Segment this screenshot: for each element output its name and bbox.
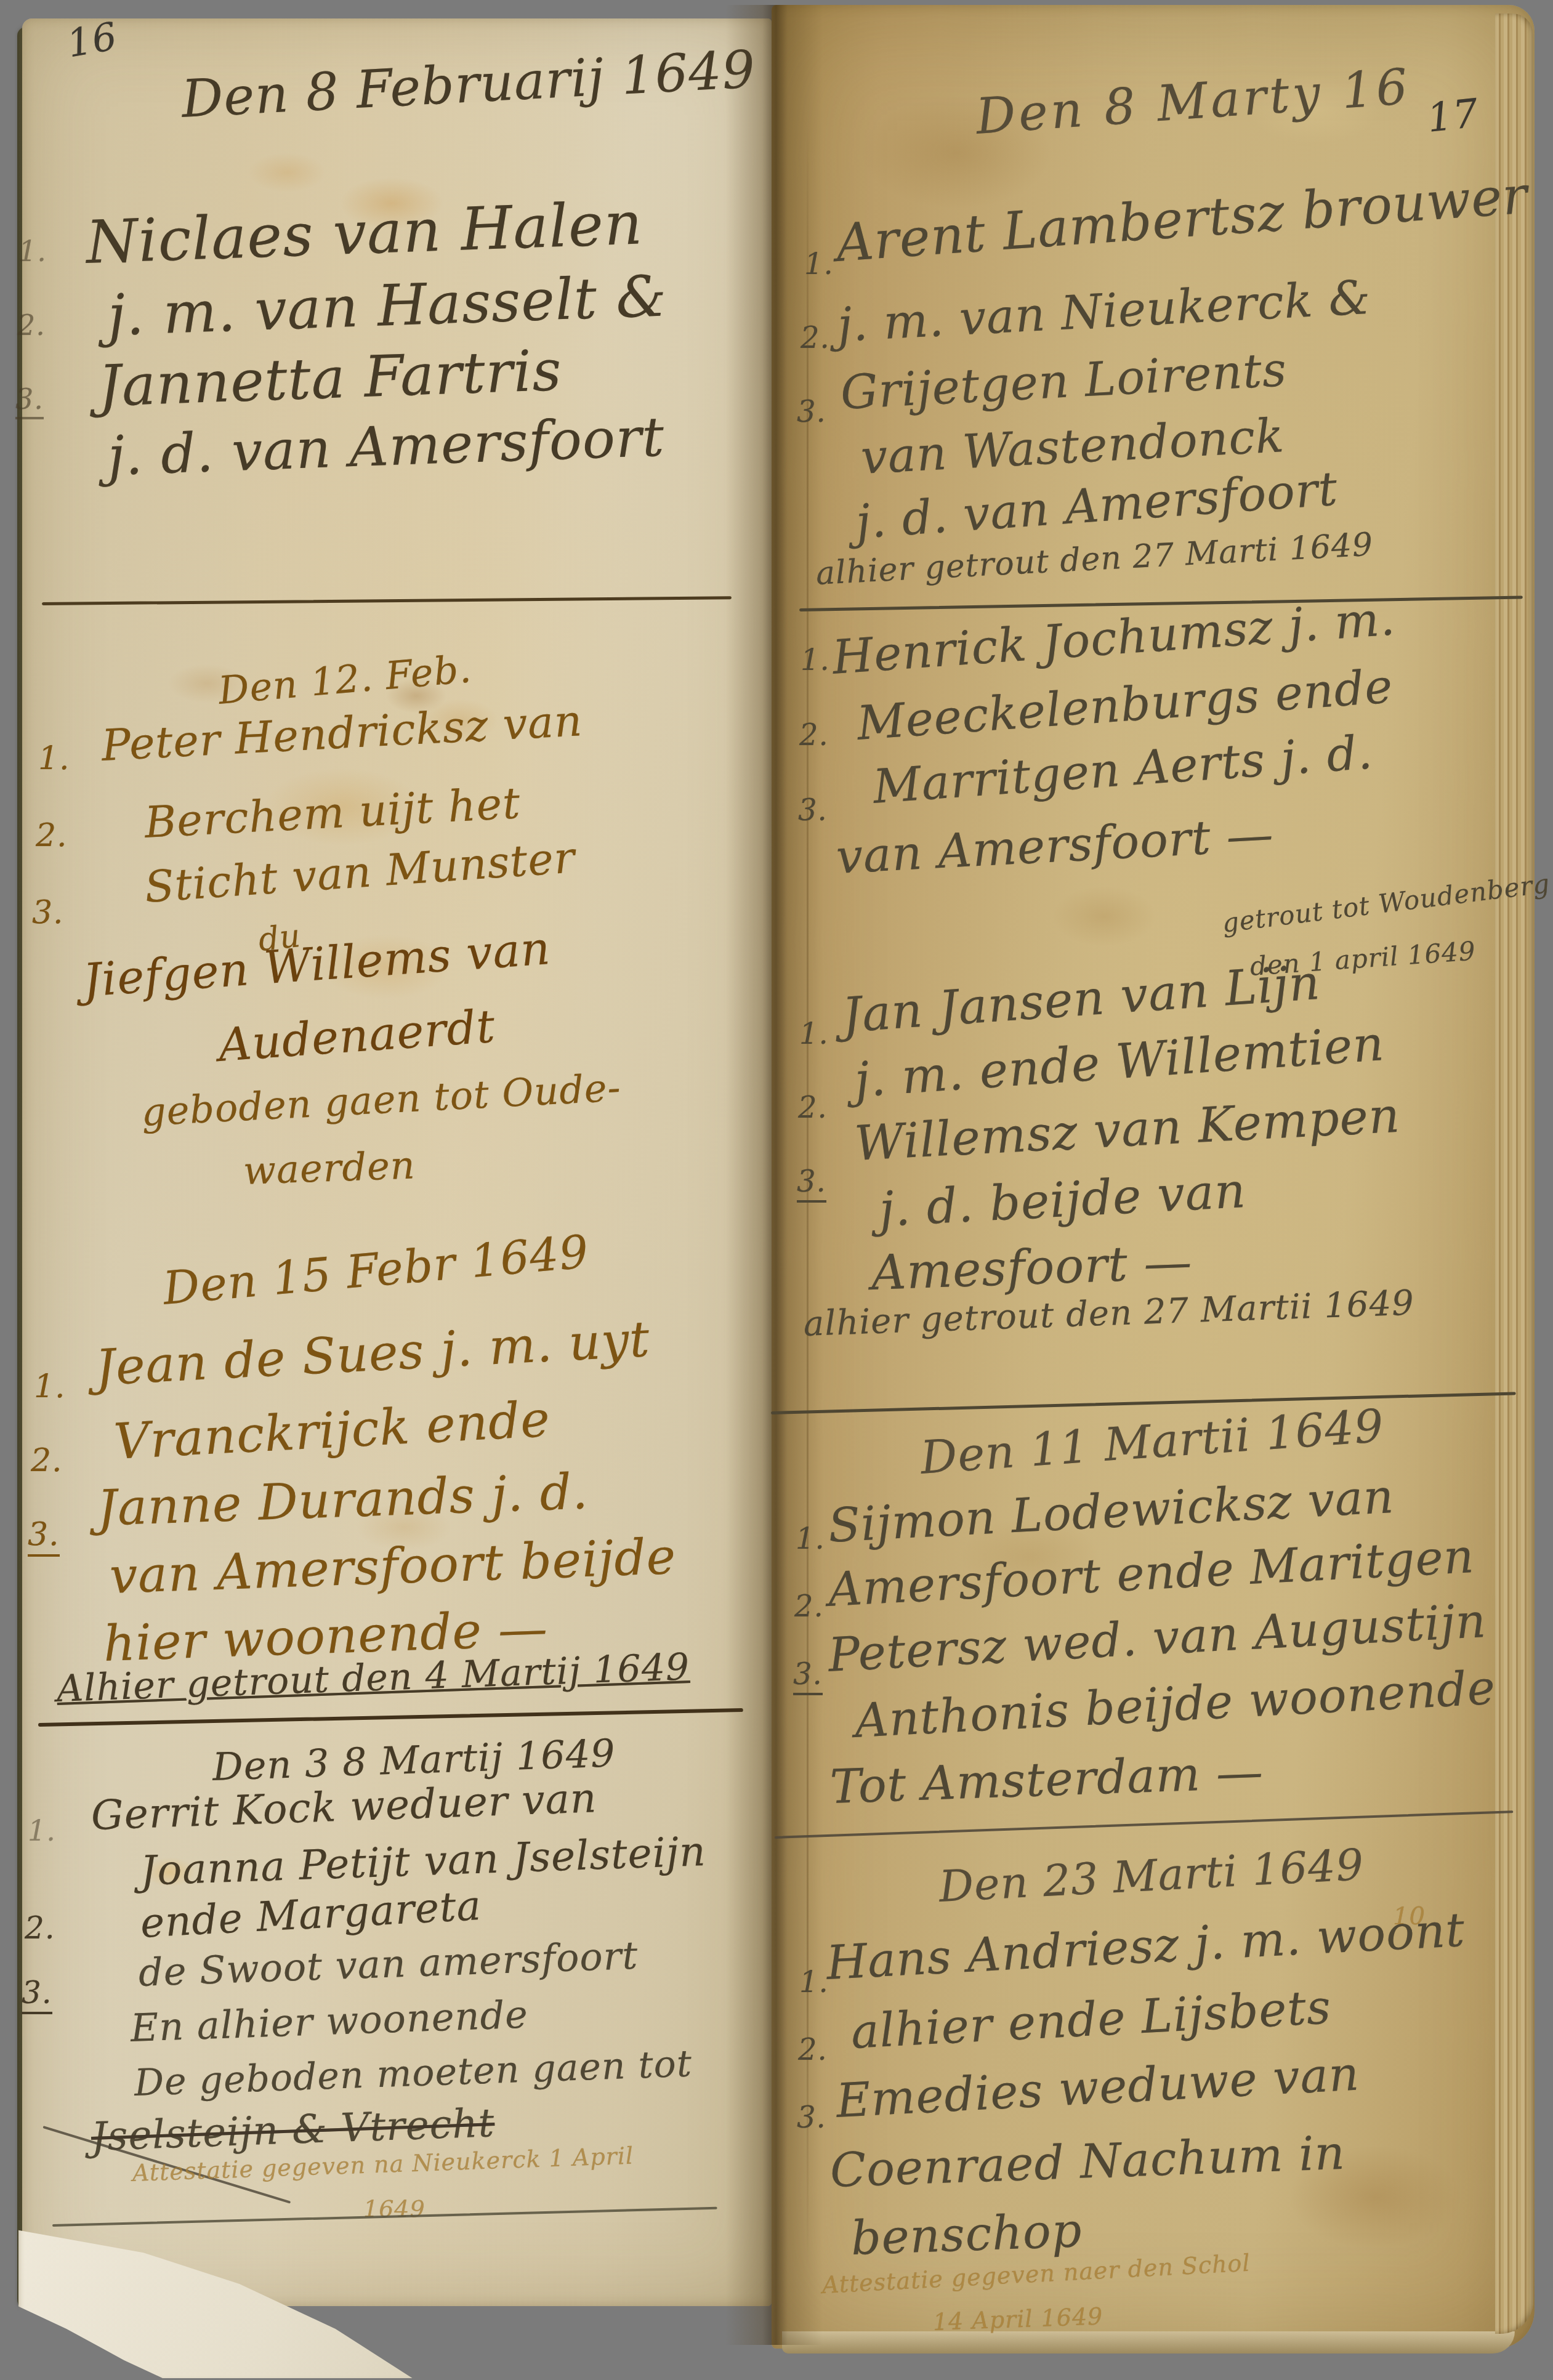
entry-number: 3.: [28, 1518, 60, 1551]
entry-number: 3.: [798, 796, 828, 826]
torn-corner: [18, 2154, 499, 2378]
entry-number: 1.: [804, 249, 834, 280]
entry-number: 2.: [36, 819, 68, 852]
page-fore-edge: [1495, 14, 1533, 2334]
right-page-number: 17: [1426, 93, 1481, 139]
entry-number-mark: 3.: [793, 1657, 823, 1695]
entry-number: 1.: [34, 1370, 66, 1403]
entry-number: 2.: [794, 1592, 824, 1623]
entry-number: 1.: [799, 1019, 829, 1050]
underlying-page-edge: [782, 2331, 1515, 2354]
entry-number: 3.: [15, 385, 44, 414]
entry-number: 2.: [31, 1444, 63, 1477]
entry-number: 1.: [799, 1967, 829, 1998]
entry-number: 1.: [796, 1524, 825, 1555]
entry-line: Jannetta Fartris: [97, 341, 563, 416]
entry-number-mark: 3.: [28, 1516, 60, 1557]
entry-number: 2.: [798, 2035, 828, 2066]
entry-number: 1.: [38, 742, 70, 775]
attestation-note-date: 14 April 1649: [932, 2304, 1103, 2334]
entry-number: 1.: [801, 645, 830, 676]
entry-line: benschop: [850, 2206, 1083, 2262]
entry-number: 3.: [32, 896, 64, 929]
entry-number: 2.: [799, 720, 829, 751]
entry-number: 3.: [797, 397, 826, 428]
entry-number: 2.: [17, 311, 46, 341]
entry-number: 3.: [22, 1977, 52, 2009]
entry-number: 1.: [18, 237, 47, 267]
left-page-number: 16: [64, 16, 120, 64]
entry-number: 3.: [797, 2103, 826, 2134]
entry-number: 1.: [28, 1817, 56, 1846]
entry-line: waerden: [243, 1145, 416, 1191]
entry-line: Amesfoort —: [871, 1238, 1193, 1299]
entry-number: 3.: [793, 1660, 823, 1690]
entry-number-mark: 3.: [797, 1164, 826, 1203]
entry-number-mark: 3.: [22, 1975, 52, 2014]
entry-number: 2.: [25, 1912, 55, 1944]
entry-number: 2.: [798, 1093, 828, 1124]
manuscript-scan: 16 Den 8 Februarij 1649 1. Niclaes van H…: [0, 0, 1553, 2380]
entry-number-mark: 3.: [15, 382, 44, 419]
entry-number: 2.: [801, 323, 830, 354]
entry-number: 3.: [797, 1167, 826, 1198]
